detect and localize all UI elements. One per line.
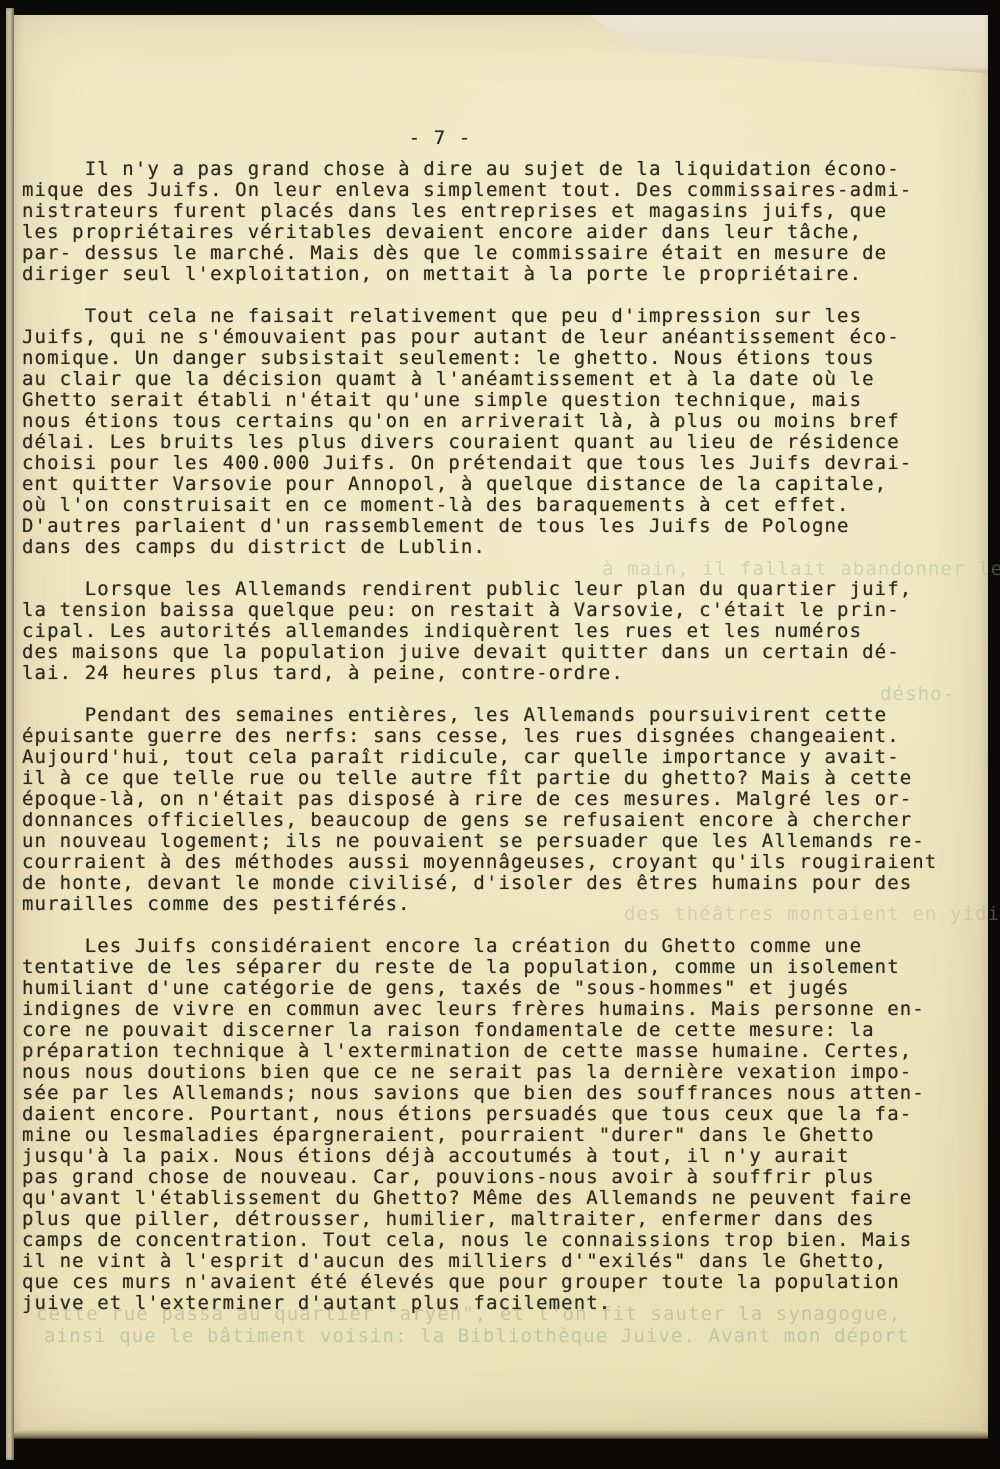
typed-line: Juifs, qui ne s'émouvaient pas pour auta… — [22, 327, 937, 348]
typed-line: qu'avant l'établissement du Ghetto? Même… — [22, 1188, 937, 1209]
typed-line: camps de concentration. Tout cela, nous … — [22, 1230, 937, 1251]
page-bottom-edge — [14, 1430, 988, 1439]
typed-line: juive et l'exterminer d'autant plus faci… — [22, 1293, 937, 1314]
typed-line: les propriétaires véritables devaient en… — [22, 222, 937, 243]
typed-line: Aujourd'hui, tout cela paraît ridicule, … — [22, 747, 937, 768]
typed-line: nous étions tous certains qu'on en arriv… — [22, 411, 937, 432]
typed-line: D'autres parlaient d'un rassemblement de… — [22, 516, 937, 537]
typed-line: Pendant des semaines entières, les Allem… — [22, 705, 937, 726]
typed-line: mine ou lesmaladies épargneraient, pourr… — [22, 1125, 937, 1146]
typed-line: où l'on construisait en ce moment-là des… — [22, 495, 937, 516]
typed-line: ent quitter Varsovie pour Annopol, à que… — [22, 474, 937, 495]
typed-line: cipal. Les autorités allemandes indiquèr… — [22, 621, 937, 642]
paragraph: Tout cela ne faisait relativement que pe… — [22, 306, 937, 558]
typed-line: plus que piller, détrousser, humilier, m… — [22, 1209, 937, 1230]
typed-line: Tout cela ne faisait relativement que pe… — [22, 306, 937, 327]
typed-line: choisi pour les 400.000 Juifs. On préten… — [22, 453, 937, 474]
typed-line: un nouveau logement; ils ne pouvaient se… — [22, 831, 937, 852]
typed-line: mique des Juifs. On leur enleva simpleme… — [22, 180, 937, 201]
scanned-document: - 7 - à main, il fallait abandonner ledé… — [0, 0, 1000, 1469]
typed-line: que ces murs n'avaient été élevés que po… — [22, 1272, 937, 1293]
typed-line: Ghetto serait établi n'était qu'une simp… — [22, 390, 937, 411]
typed-line: la tension baissa quelque peu: on restai… — [22, 600, 937, 621]
typed-line: au clair que la décision quamt à l'anéam… — [22, 369, 937, 390]
underlying-page-corner — [588, 15, 988, 73]
typed-line: de honte, devant le monde civilisé, d'is… — [22, 873, 937, 894]
typed-line: nous nous doutions bien que ce ne serait… — [22, 1062, 937, 1083]
typed-line: indignes de vivre en commun avec leurs f… — [22, 999, 937, 1020]
typed-line: core ne pouvait discerner la raison fond… — [22, 1020, 937, 1041]
typed-line: dans des camps du district de Lublin. — [22, 537, 937, 558]
previous-page-edge — [6, 8, 14, 1460]
paper-sheet: - 7 - à main, il fallait abandonner ledé… — [14, 15, 988, 1439]
typed-line: épuisante guerre des nerfs: sans cesse, … — [22, 726, 937, 747]
typed-line: daient encore. Pourtant, nous étions per… — [22, 1104, 937, 1125]
paragraph: Il n'y a pas grand chose à dire au sujet… — [22, 159, 937, 285]
page-number: - 7 - — [14, 127, 866, 149]
typed-line: courraient à des méthodes aussi moyennâg… — [22, 852, 937, 873]
typed-line: il à ce que telle rue ou telle autre fît… — [22, 768, 937, 789]
typed-line: il ne vint à l'esprit d'aucun des millie… — [22, 1251, 937, 1272]
typed-line: Lorsque les Allemands rendirent public l… — [22, 579, 937, 600]
typed-line: nistrateurs furent placés dans les entre… — [22, 201, 937, 222]
typed-line: donnances officielles, beaucoup de gens … — [22, 810, 937, 831]
typed-line: humiliant d'une catégorie de gens, taxés… — [22, 978, 937, 999]
typed-line: Il n'y a pas grand chose à dire au sujet… — [22, 159, 937, 180]
typed-line: nomique. Un danger subsistait seulement:… — [22, 348, 937, 369]
typed-line: par- dessus le marché. Mais dès que le c… — [22, 243, 937, 264]
text-block: Il n'y a pas grand chose à dire au sujet… — [22, 159, 937, 1335]
typed-line: Les Juifs considéraient encore la créati… — [22, 936, 937, 957]
typed-line: murailles comme des pestiférés. — [22, 894, 937, 915]
typed-line: époque-là, on n'était pas disposé à rire… — [22, 789, 937, 810]
typed-line: des maisons que la population juive deva… — [22, 642, 937, 663]
typed-line: sée par les Allemands; nous savions que … — [22, 1083, 937, 1104]
typed-line: lai. 24 heures plus tard, à peine, contr… — [22, 663, 937, 684]
typed-line: jusqu'à la paix. Nous étions déjà accout… — [22, 1146, 937, 1167]
typed-line: diriger seul l'exploitation, on mettait … — [22, 264, 937, 285]
paragraph: Les Juifs considéraient encore la créati… — [22, 936, 937, 1314]
paragraph: Lorsque les Allemands rendirent public l… — [22, 579, 937, 684]
paragraph: Pendant des semaines entières, les Allem… — [22, 705, 937, 915]
typed-line: délai. Les bruits les plus divers courai… — [22, 432, 937, 453]
typed-line: préparation technique à l'extermination … — [22, 1041, 937, 1062]
typed-line: pas grand chose de nouveau. Car, pouvion… — [22, 1167, 937, 1188]
typed-line: tentative de les séparer du reste de la … — [22, 957, 937, 978]
